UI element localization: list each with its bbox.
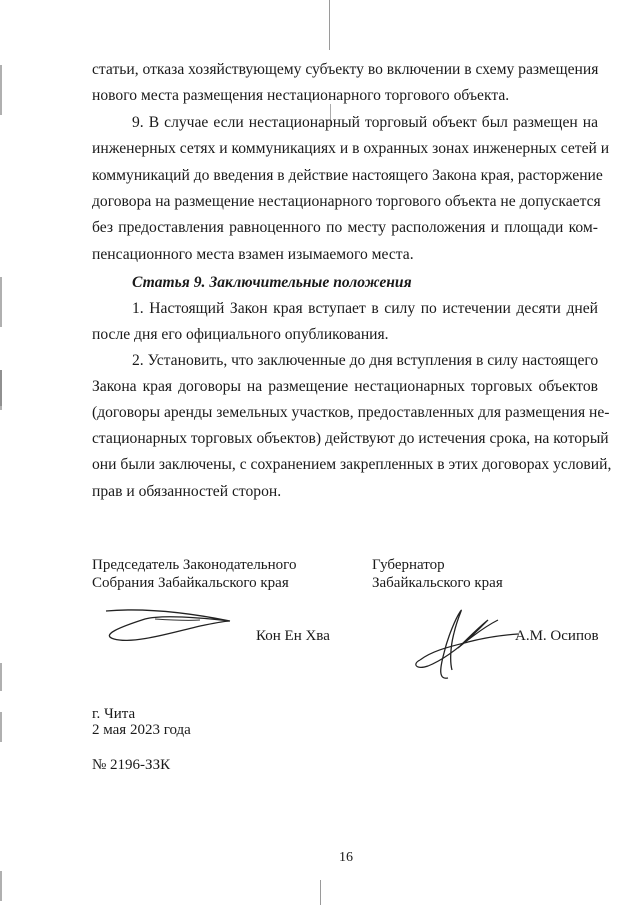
text-line: (договоры аренды земельных участков, пре… <box>92 404 598 422</box>
scan-edge-bar <box>0 663 2 691</box>
right-signature-icon <box>408 608 518 683</box>
right-signatory-title-2: Забайкальского края <box>372 575 503 592</box>
left-signatory-title-2: Собрания Забайкальского края <box>92 575 289 592</box>
left-signature-icon <box>100 605 235 645</box>
text-line: 1. Настоящий Закон края вступает в силу … <box>132 300 598 318</box>
date: 2 мая 2023 года <box>92 722 191 739</box>
law-number: № 2196-ЗЗК <box>92 757 170 774</box>
text-line: после дня его официального опубликования… <box>92 326 598 344</box>
text-line: статьи, отказа хозяйствующему субъекту в… <box>92 61 598 79</box>
left-signatory-title-1: Председатель Законодательного <box>92 557 296 574</box>
scan-fold-line-bottom <box>320 880 321 905</box>
text-line: нового места размещения нестационарного … <box>92 87 598 105</box>
text-line: 9. В случае если нестационарный торговый… <box>132 114 598 132</box>
page-number: 16 <box>339 850 353 866</box>
right-signatory-title-1: Губернатор <box>372 557 445 574</box>
text-line: пенсационного места взамен изымаемого ме… <box>92 246 598 264</box>
text-line: инженерных сетях и коммуникациях и в охр… <box>92 140 598 158</box>
article-heading: Статья 9. Заключительные положения <box>132 274 412 292</box>
scan-edge-bar <box>0 277 2 327</box>
scan-edge-bar <box>0 871 2 901</box>
text-line: Закона края договоры на размещение неста… <box>92 378 598 396</box>
right-signatory-name: А.М. Осипов <box>515 628 599 645</box>
text-line: коммуникаций до введения в действие наст… <box>92 167 598 185</box>
text-line: они были заключены, с сохранением закреп… <box>92 456 598 474</box>
left-signatory-name: Кон Ен Хва <box>256 628 330 645</box>
document-page: статьи, отказа хозяйствующему субъекту в… <box>0 0 640 905</box>
text-line: договора на размещение нестационарного т… <box>92 193 598 211</box>
text-line: прав и обязанностей сторон. <box>92 483 598 501</box>
scan-edge-bar <box>0 370 2 406</box>
text-line: без предоставления равноценного по месту… <box>92 219 598 237</box>
scan-fold-line-top <box>329 0 330 50</box>
scan-edge-bar <box>0 712 2 742</box>
text-line: стационарных торговых объектов) действую… <box>92 430 598 448</box>
scan-edge-bar <box>0 65 2 115</box>
text-line: 2. Установить, что заключенные до дня вс… <box>132 352 598 370</box>
city: г. Чита <box>92 706 135 723</box>
